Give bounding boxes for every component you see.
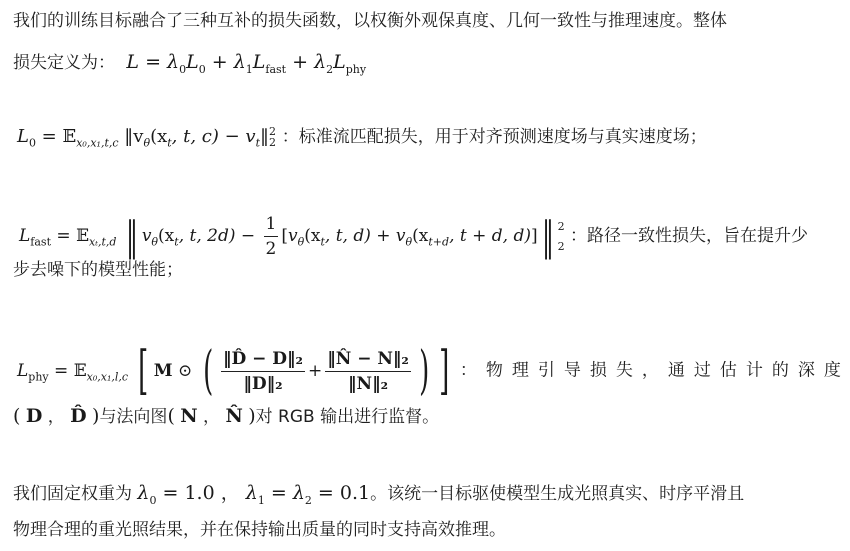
plus-sign: + [308,361,322,381]
sub-2: 2 [269,137,276,148]
expectation-symbol: 𝔼 [62,126,76,147]
bracket-close: ] [531,226,538,246]
half-fraction: 12 [264,213,279,260]
sup-2: 2 [558,217,565,237]
expectation-sub: x₀,x₁,t,c [76,137,118,150]
big-bracket-close: ] [439,345,449,397]
paren-open: ( [167,405,174,427]
supervision-text: 对 RGB 输出进行监督。 [256,407,439,427]
symbol-lambda0: λ [167,51,179,73]
symbol-lambda2: λ [314,51,326,73]
sub-1: 1 [246,63,253,76]
sub-fast: fast [265,63,286,76]
args-rest: , t, c) − v [172,126,256,147]
normal-frac-num: ‖N̂ − N‖₂ [325,348,411,372]
total-loss-formula: L = λ0L0 + λ1Lfast + λ2Lphy [126,51,366,73]
args-open: (x [412,226,428,246]
args-rest: , t, d) + v [325,226,406,246]
normal-map-text: 与法向图 [99,407,167,427]
symbol-lambda0: λ [137,482,149,504]
depth-frac-num: ‖D̂ − D‖₂ [221,348,305,372]
args-open: (x [304,226,320,246]
double-norm-close: ‖ [542,217,554,257]
intro-line-2: 损失定义为： L = λ0L0 + λ1Lfast + λ2Lphy [13,50,366,75]
lfast-description-line-2: 步去噪下的模型性能； [13,258,183,282]
double-norm-open: ‖ [126,217,138,257]
hadamard-operator: ⊙ [173,361,198,381]
lphy-lhs-sub: phy [28,370,48,383]
lphy-description-1: ：物理引导损失，通过估计的深度 [460,361,850,381]
l0-line: L0 = 𝔼x₀,x₁,t,c ‖vθ(xt, t, c) − vt‖22 ：标… [17,125,707,149]
args-open: (x [158,226,174,246]
symbol-Lfast: L [253,51,266,73]
expectation-symbol: 𝔼 [76,226,89,246]
l0-lhs-sub: 0 [29,137,36,150]
comma: ， [203,407,220,427]
norm-scripts: 22 [558,217,565,257]
separator: ， [215,482,246,504]
symbol-L0: L [186,51,199,73]
sub-2: 2 [305,494,312,507]
symbol-Lphy: L [333,51,346,73]
half-den: 2 [264,237,279,260]
mask-symbol: M [154,361,173,381]
lfast-description-1: ：路径一致性损失，旨在提升少 [570,226,808,246]
normal-fraction: ‖N̂ − N‖₂‖N‖₂ [325,348,411,395]
sub-0: 0 [199,63,206,76]
lfast-line: Lfast = 𝔼xₜ,t,d ‖vθ(xt, t, 2d) − 12[vθ(x… [19,213,808,260]
norm-open: ‖v [124,126,143,147]
equals-sign: = [36,126,63,147]
lfast-lhs-sub: fast [30,235,51,248]
weights-line-2: 物理合理的重光照结果，并在保持输出质量的同时支持高效推理。 [13,518,506,542]
comma: ， [48,407,65,427]
equals-sign: = [139,51,167,73]
symbol-L: L [126,51,139,73]
symbol-lambda2: λ [293,482,305,504]
lphy-lhs: L [17,361,28,381]
args-sub: t+d [428,235,449,248]
lphy-line: Lphy = 𝔼x₀,x₁,l,c [M ⊙ (‖D̂ − D‖₂‖D‖₂+‖N… [17,345,850,397]
plus-sign: + [286,51,314,73]
lfast-formula: Lfast = 𝔼xₜ,t,d ‖vθ(xt, t, 2d) − 12[vθ(x… [19,226,570,246]
args-open: (x [150,126,167,147]
equals-sign: = [265,482,293,504]
normal-frac-den: ‖N‖₂ [346,372,390,395]
sub-2: 2 [558,237,565,257]
paren-open: ( [13,405,20,427]
weights-formula: λ0 = 1.0 ， λ1 = λ2 = 0.1 [137,482,370,504]
document: 我们的训练目标融合了三种互补的损失函数，以权衡外观保真度、几何一致性与推理速度。… [0,0,850,551]
weights-prefix: 我们固定权重为 [13,484,137,504]
lfast-lhs: L [19,226,30,246]
plus-sign: + [206,51,234,73]
sub-phy: phy [346,63,366,76]
equals-sign: = [49,361,74,381]
l0-formula: L0 = 𝔼x₀,x₁,t,c ‖vθ(xt, t, c) − vt‖22 [17,126,282,147]
paren-close: ) [248,405,255,427]
depth-symbol: D [26,405,42,427]
expectation-symbol: 𝔼 [74,361,87,381]
v-symbol: v [288,226,298,246]
norm-scripts: 22 [269,126,276,148]
lphy-formula: Lphy = 𝔼x₀,x₁,l,c [M ⊙ (‖D̂ − D‖₂‖D‖₂+‖N… [17,361,460,381]
weights-suffix: 。该统一目标驱使模型生成光照真实、时序平滑且 [370,484,744,504]
l0-description: ：标准流匹配损失，用于对齐预测速度场与真实速度场； [282,127,707,147]
symbol-lambda1: λ [234,51,246,73]
intro-line-2-prefix: 损失定义为： [13,53,115,73]
equals-sign: = [51,226,76,246]
depth-fraction: ‖D̂ − D‖₂‖D‖₂ [221,348,305,395]
weights-line-1: 我们固定权重为 λ0 = 1.0 ， λ1 = λ2 = 0.1。该统一目标驱使… [13,481,744,506]
norm-close: ‖ [260,126,269,147]
v-symbol: v [142,226,152,246]
lambda0-value: = 1.0 [156,482,214,504]
big-paren-open: ( [203,345,213,397]
lphy-line-2: ( D ， D̂ )与法向图( N ， N̂ )对 RGB 输出进行监督。 [13,404,439,429]
depth-frac-den: ‖D‖₂ [241,372,284,395]
estimated-normal-symbol: N̂ [225,405,242,427]
big-paren-close: ) [419,345,429,397]
expectation-sub: xₜ,t,d [89,235,116,248]
intro-line-1: 我们的训练目标融合了三种互补的损失函数，以权衡外观保真度、几何一致性与推理速度。… [13,9,727,33]
normal-symbol: N [180,405,197,427]
args-rest: , t, 2d) − [179,226,261,246]
lambda12-value: = 0.1 [312,482,370,504]
half-num: 1 [264,213,279,237]
big-bracket-open: [ [139,345,149,397]
expectation-sub: x₀,x₁,l,c [87,370,128,383]
estimated-depth-symbol: D̂ [70,405,86,427]
symbol-lambda1: λ [246,482,258,504]
l0-lhs: L [17,126,29,147]
args-rest: , t + d, d) [449,226,531,246]
sub-1: 1 [258,494,265,507]
